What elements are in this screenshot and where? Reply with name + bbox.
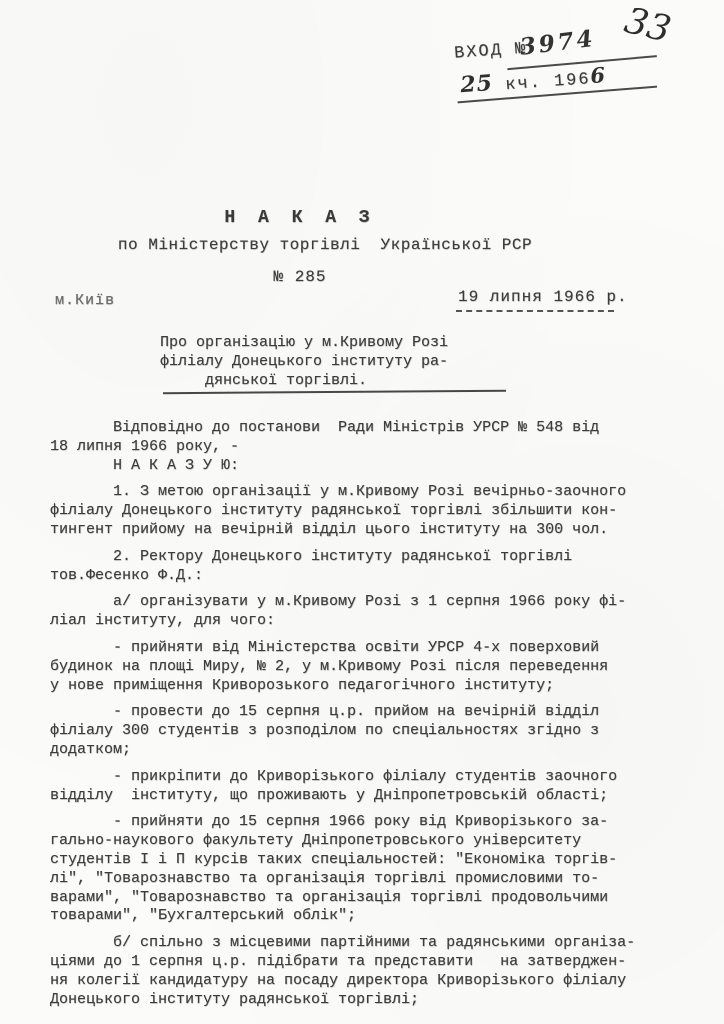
paragraph-point-2b: б/ спільно з місцевими партійними та рад… xyxy=(50,934,700,1009)
paragraph-item-building: - прийняти від Міністерства освіти УРСР … xyxy=(50,639,700,695)
stamp-entry-number-handwritten: 3974 xyxy=(518,25,597,61)
date-label: 19 липня 1966 р. xyxy=(458,288,628,306)
paragraph-item-accept-students: - прийняти до 15 серпня 1966 року від Кр… xyxy=(50,813,700,926)
document-title: Н А К А З xyxy=(0,208,600,228)
subject-underline xyxy=(163,390,506,394)
stamp-year-digit-handwritten: 6 xyxy=(589,62,607,88)
paragraph-point-2: 2. Ректору Донецького інституту радянськ… xyxy=(50,548,700,586)
paragraph-item-admission: - провести до 15 серпня ц.р. прийом на в… xyxy=(50,703,700,759)
paragraph-item-attach-students: - прикріпити до Криворізького філіалу ст… xyxy=(50,768,700,806)
stamp-corner-number-handwritten: 33 xyxy=(620,0,674,51)
paragraph-preamble: Відповідно до постанови Ради Міністрів У… xyxy=(50,419,700,475)
date-underline xyxy=(456,310,614,312)
order-body: Відповідно до постанови Ради Міністрів У… xyxy=(50,419,700,1017)
subject-block: Про організацію у м.Кривому Розі філіалу… xyxy=(160,333,448,390)
city-label: м.Київ xyxy=(55,292,115,309)
stamp-count-handwritten: 25 xyxy=(459,70,493,98)
document-subtitle: по Міністерству торгівлі Української РСР xyxy=(0,236,650,254)
order-number: № 285 xyxy=(0,268,600,286)
stamp-label: ВХОД № xyxy=(454,39,528,63)
paragraph-point-1: 1. З метою організації у м.Кривому Розі … xyxy=(50,483,700,539)
paragraph-point-2a: а/ організувати у м.Кривому Розі з 1 сер… xyxy=(50,593,700,631)
scanned-order-document: ВХОД № 3974 33 25 кч. 1966 Н А К А З по … xyxy=(0,0,724,1024)
entry-stamp: ВХОД № 3974 33 25 кч. 1966 xyxy=(453,18,702,105)
